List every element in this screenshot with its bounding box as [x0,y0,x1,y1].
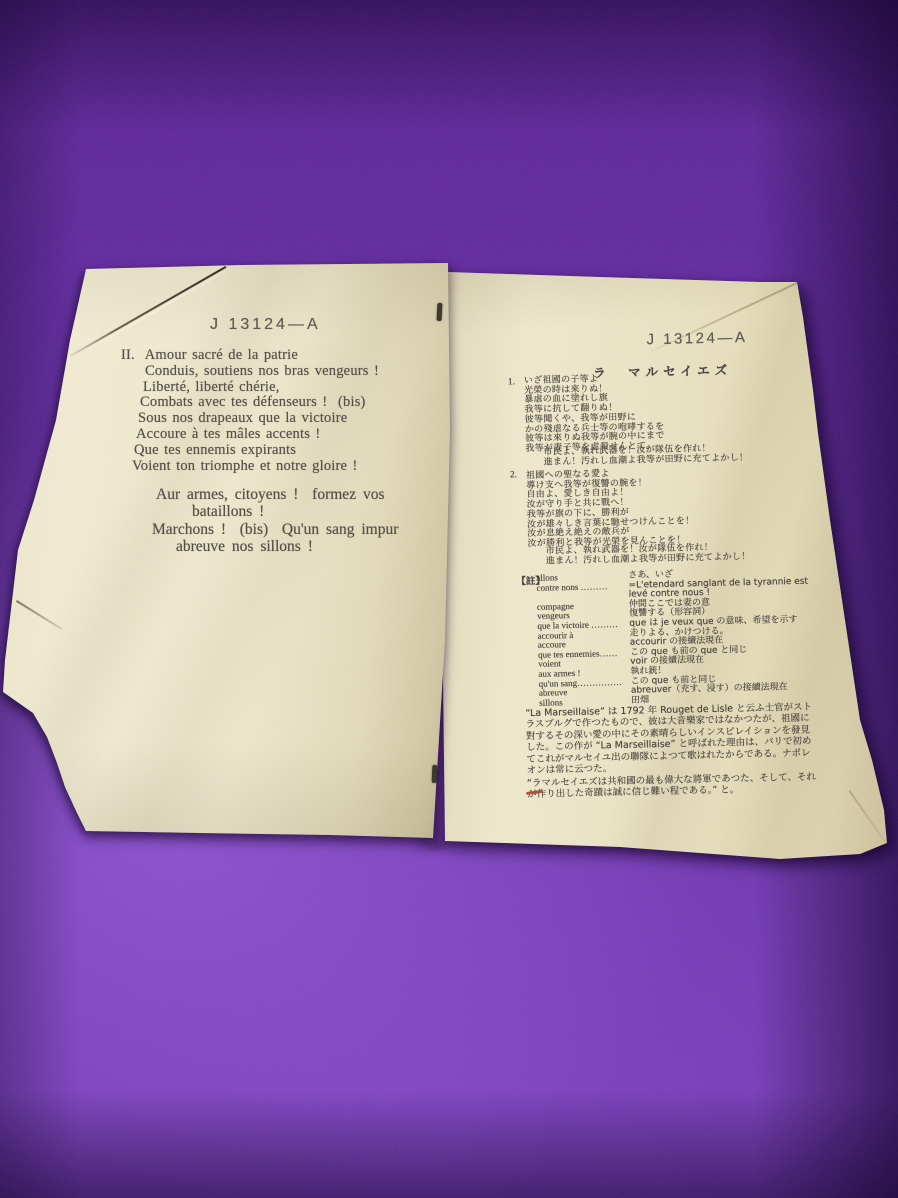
right-page: J 13124—A ラ マルセイエズ 1. いざ祖國の子等よ光榮の時は來りぬ！暴… [432,260,894,866]
corner-crease [70,266,226,357]
staple-top [437,303,443,321]
staple-bottom [432,765,438,783]
catalog-number-right: J 13124—A [587,328,807,350]
edge-crack [16,600,62,629]
verse-1-number: 1. [508,377,515,387]
left-page: J 13124—A II. Amour sacré de la patrieCo… [0,256,460,848]
commentary-paragraph-2: “ラマルセイエズは共和國の最も偉大な將軍であつた、そして、それが作り出した奇蹟は… [527,772,817,801]
catalog-number-left: J 13124—A [210,316,321,334]
vocabulary-notes: allonsさあ、いざcontre nons ………=L'etendard sa… [536,568,811,708]
verse-2-number: 2. [510,470,517,480]
verse-2-lines: 祖國への聖なる愛よ導け支へ我等が復讐の腕を！自由よ、愛しき自由よ！汝が守り手と共… [526,468,695,549]
left-page-wrap: J 13124—A II. Amour sacré de la patrieCo… [0,256,460,848]
right-page-wrap: J 13124—A ラ マルセイエズ 1. いざ祖國の子等よ光榮の時は來りぬ！暴… [432,260,894,866]
french-refrain: Aur armes, citoyens ! formez vosbataillo… [0,486,398,555]
photo-stage: J 13124—A ラ マルセイエズ 1. いざ祖國の子等よ光榮の時は來りぬ！暴… [0,0,898,1198]
right-page-content: J 13124—A ラ マルセイエズ 1. いざ祖國の子等よ光榮の時は來りぬ！暴… [425,254,898,870]
french-verse: II. Amour sacré de la patrieConduis, sou… [0,348,379,474]
verse-1-lines: いざ祖國の子等よ光榮の時は來りぬ！暴虐の血に塗れし旗我等に抗して翻りぬ！彼等聞く… [524,374,665,455]
commentary-paragraph-1: “La Marseillaise” は 1792 年 Rouget de Lis… [525,702,813,777]
verse-1-refrain: 市民よ、執れ武器を！汝が隊伍を作れ！進まん！汚れし血潮よ我等が田野に充てよかし！ [543,444,748,468]
verse-2-refrain: 市民よ、執れ武器を！汝が隊伍を作れ！進まん！汚れし血潮よ我等が田野に充てよかし！ [546,543,751,567]
